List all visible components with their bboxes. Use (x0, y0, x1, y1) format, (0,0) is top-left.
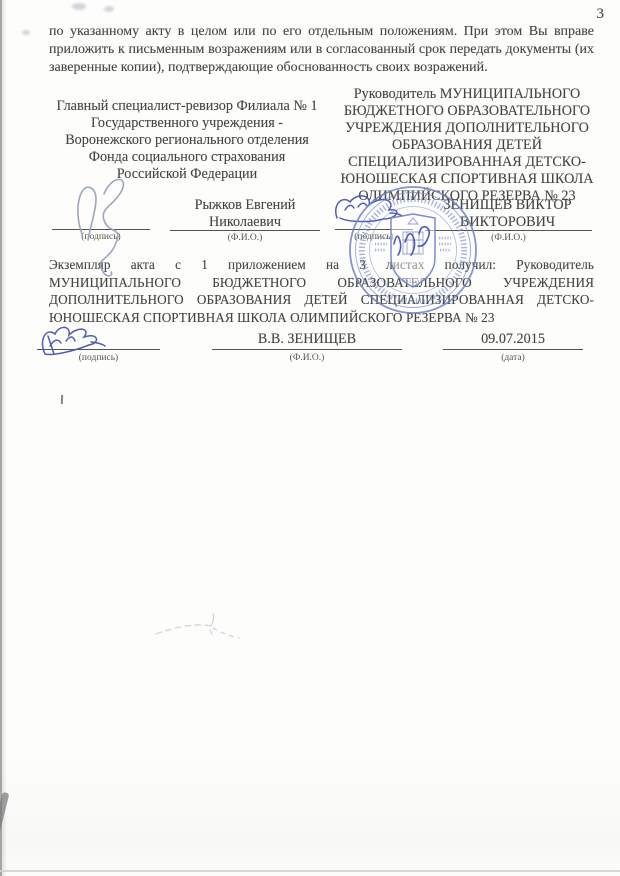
scan-edge-left-shadow (2, 0, 7, 876)
paragraph-line: по указанному акту в целом или по его от… (49, 23, 594, 41)
scanned-document-page: 3 по указанному акту в целом или по его … (0, 0, 620, 876)
scan-smudge (104, 6, 114, 12)
title-line: УЧРЕЖДЕНИЯ ДОПОЛНИТЕЛЬНОГО (336, 120, 598, 137)
scan-smudge (22, 30, 30, 35)
signature-bottom-handwriting (36, 322, 128, 364)
date-caption: (дата) (443, 353, 583, 363)
receipt-name: В.В. ЗЕНИЩЕВ (212, 331, 402, 348)
signature-left-handwriting (52, 168, 152, 278)
left-signatory-name: Рыжков Евгений Николаевич (175, 197, 315, 231)
date-line (443, 349, 583, 350)
stray-mark (61, 395, 63, 404)
name-line: Рыжков Евгений (175, 197, 315, 214)
receipt-date: 09.07.2015 (443, 331, 583, 348)
title-line: СПЕЦИАЛИЗИРОВАННАЯ ДЕТСКО- (336, 154, 598, 171)
fio-line (170, 230, 320, 231)
title-line: Государственного учреждения - (42, 115, 332, 132)
title-line: Фонда социального страхования (42, 149, 332, 166)
official-stamp-icon (345, 182, 481, 318)
page-number: 3 (597, 6, 605, 23)
fio-line (212, 349, 402, 350)
title-line: Главный специалист-ревизор Филиала № 1 (42, 98, 332, 115)
intro-paragraph: по указанному акту в целом или по его от… (49, 23, 594, 77)
faint-smudge (150, 612, 260, 648)
name-line: Николаевич (175, 214, 315, 231)
scan-edge-bottom (0, 870, 620, 872)
paragraph-line: приложить к письменным возражениям или в… (49, 41, 594, 59)
scan-smudge (72, 3, 86, 10)
title-line: Воронежского регионального отделения (42, 132, 332, 149)
paragraph-line: заверенные копии), подтверждающие обосно… (49, 59, 594, 77)
title-line: Руководитель МУНИЦИПАЛЬНОГО (336, 86, 598, 103)
fio-caption: (Ф.И.О.) (170, 233, 320, 243)
title-line: БЮДЖЕТНОГО ОБРАЗОВАТЕЛЬНОГО (336, 103, 598, 120)
paragraph-line: ЮНОШЕСКАЯ СПОРТИВНАЯ ШКОЛА ОЛИМПИЙСКОГО … (49, 309, 594, 327)
fio-caption: (Ф.И.О.) (212, 353, 402, 363)
paragraph-line: ДОПОЛНИТЕЛЬНОГО ОБРАЗОВАНИЯ ДЕТЕЙ СПЕЦИА… (49, 291, 594, 309)
title-line: ОБРАЗОВАНИЯ ДЕТЕЙ (336, 137, 598, 154)
